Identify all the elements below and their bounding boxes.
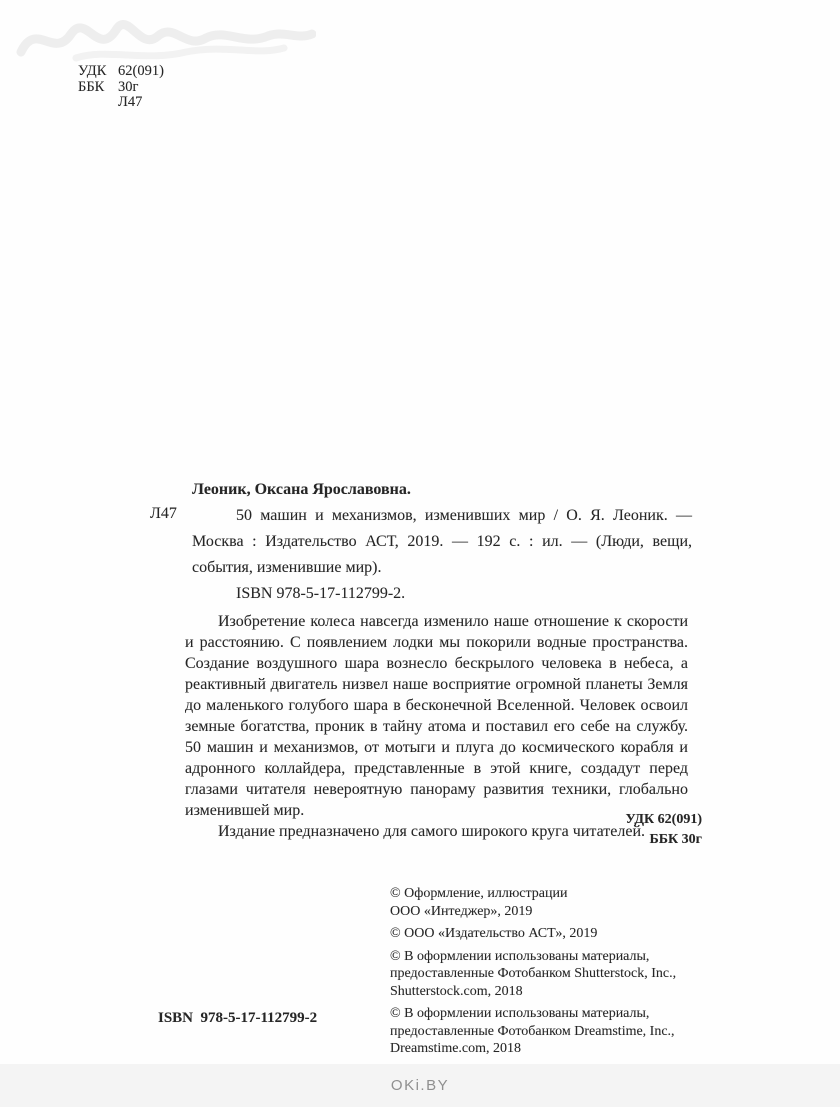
bbk-row: ББК 30г bbox=[78, 80, 164, 96]
copyright-entry: © В оформлении использованы материалы, п… bbox=[390, 948, 702, 1001]
card-isbn: ISBN 978-5-17-112799-2. bbox=[192, 581, 692, 607]
catalog-card: Леоник, Оксана Ярославовна. 50 машин и м… bbox=[192, 477, 692, 607]
udk-right: УДК 62(091) bbox=[626, 810, 702, 830]
author-line: Леоник, Оксана Ярославовна. bbox=[192, 477, 692, 503]
card-description-line: Москва : Издательство АСТ, 2019. — 192 с… bbox=[192, 529, 692, 555]
handwriting-watermark-icon bbox=[16, 0, 316, 70]
udk-value: 62(091) bbox=[118, 64, 164, 80]
site-watermark: OKi.BY bbox=[391, 1077, 449, 1094]
author-sign-label bbox=[78, 95, 118, 111]
copyright-line: предоставленные Фотобанком Dreamstime, I… bbox=[390, 1023, 702, 1041]
footer-band: OKi.BY bbox=[0, 1064, 840, 1107]
copyright-line: ООО «Интеджер», 2019 bbox=[390, 903, 702, 921]
copyright-line: © В оформлении использованы материалы, bbox=[390, 1005, 702, 1023]
bbk-right: ББК 30г bbox=[626, 830, 702, 850]
card-description-line: события, изменившие мир). bbox=[192, 555, 692, 581]
udk-label: УДК bbox=[78, 64, 118, 80]
card-description-line: 50 машин и механизмов, изменивших мир / … bbox=[192, 503, 692, 529]
author-sign-value: Л47 bbox=[118, 95, 142, 111]
copyright-line: предоставленные Фотобанком Shutterstock,… bbox=[390, 965, 702, 983]
annotation-paragraph: Изобретение колеса навсегда изменило наш… bbox=[185, 611, 688, 821]
top-catalog-codes: УДК 62(091) ББК 30г Л47 bbox=[78, 64, 164, 111]
copyright-entry: © Оформление, иллюстрации ООО «Интеджер»… bbox=[390, 885, 702, 920]
copyright-entry: © В оформлении использованы материалы, п… bbox=[390, 1005, 702, 1058]
copyright-line: Shutterstock.com, 2018 bbox=[390, 983, 702, 1001]
author-sign-row: Л47 bbox=[78, 95, 164, 111]
book-imprint-page: УДК 62(091) ББК 30г Л47 Л47 Леоник, Окса… bbox=[0, 0, 840, 1107]
bbk-label: ББК bbox=[78, 80, 118, 96]
annotation-paragraph: Издание предназначено для самого широког… bbox=[185, 821, 688, 842]
annotation-block: Изобретение колеса навсегда изменило наш… bbox=[185, 611, 688, 842]
catalog-margin-code: Л47 bbox=[150, 505, 177, 523]
isbn-bottom: ISBN 978-5-17-112799-2 bbox=[158, 1010, 317, 1027]
copyright-block: © Оформление, иллюстрации ООО «Интеджер»… bbox=[390, 885, 702, 1063]
copyright-line: Dreamstime.com, 2018 bbox=[390, 1040, 702, 1058]
copyright-line: © Оформление, иллюстрации bbox=[390, 885, 702, 903]
udk-row: УДК 62(091) bbox=[78, 64, 164, 80]
bbk-value: 30г bbox=[118, 80, 138, 96]
right-catalog-codes: УДК 62(091) ББК 30г bbox=[626, 810, 702, 850]
copyright-line: © В оформлении использованы материалы, bbox=[390, 948, 702, 966]
copyright-entry: © ООО «Издательство АСТ», 2019 bbox=[390, 925, 702, 943]
copyright-line: © ООО «Издательство АСТ», 2019 bbox=[390, 925, 702, 943]
